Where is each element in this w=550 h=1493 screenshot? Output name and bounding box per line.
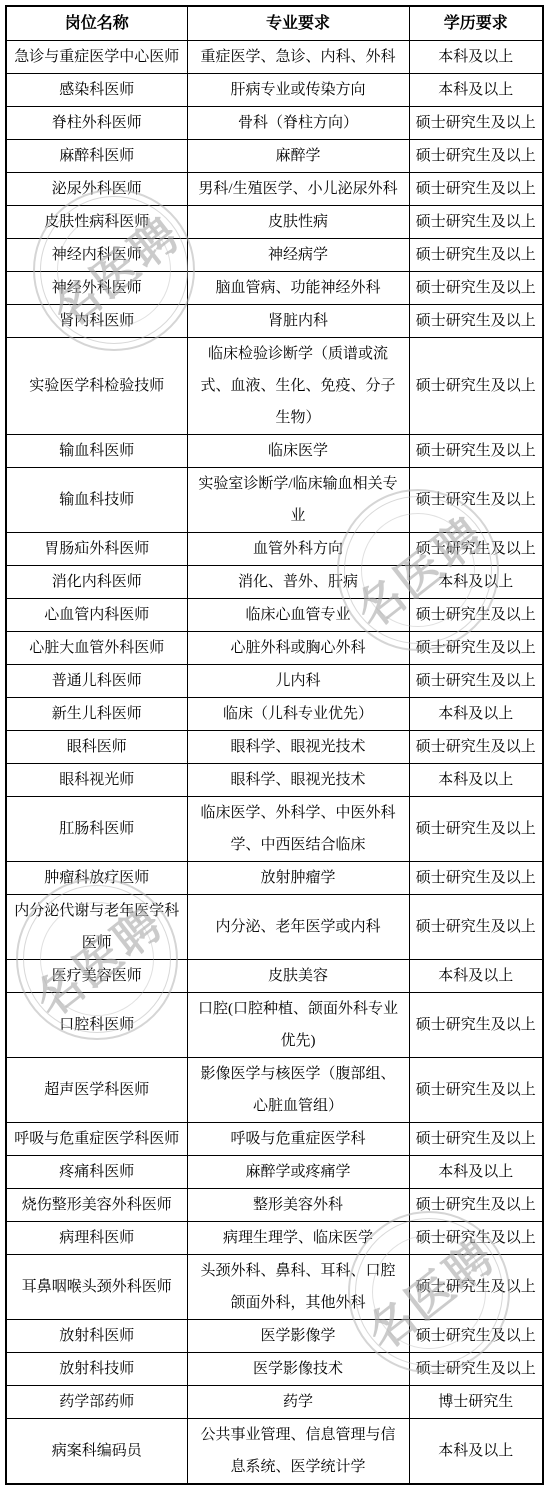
position-name-cell: 医疗美容医师 bbox=[6, 960, 187, 993]
degree-requirement-cell: 硕士研究生及以上 bbox=[409, 731, 543, 764]
header-row: 岗位名称 专业要求 学历要求 bbox=[6, 6, 543, 41]
position-name-cell: 输血科技师 bbox=[6, 468, 187, 533]
major-requirement-cell: 呼吸与危重症医学科 bbox=[187, 1123, 409, 1156]
col-header-position-name: 岗位名称 bbox=[6, 6, 187, 41]
degree-requirement-cell: 本科及以上 bbox=[409, 1419, 543, 1485]
major-requirement-cell: 血管外科方向 bbox=[187, 533, 409, 566]
position-name-cell: 药学部药师 bbox=[6, 1386, 187, 1419]
major-requirement-cell: 神经病学 bbox=[187, 239, 409, 272]
degree-requirement-cell: 硕士研究生及以上 bbox=[409, 862, 543, 895]
major-requirement-cell: 放射肿瘤学 bbox=[187, 862, 409, 895]
degree-requirement-cell: 本科及以上 bbox=[409, 74, 543, 107]
degree-requirement-cell: 硕士研究生及以上 bbox=[409, 1320, 543, 1353]
table-row: 医疗美容医师皮肤美容本科及以上 bbox=[6, 960, 543, 993]
table-row: 急诊与重症医学中心医师重症医学、急诊、内科、外科本科及以上 bbox=[6, 41, 543, 74]
position-name-cell: 病理科医师 bbox=[6, 1222, 187, 1255]
position-name-cell: 新生儿科医师 bbox=[6, 698, 187, 731]
degree-requirement-cell: 硕士研究生及以上 bbox=[409, 107, 543, 140]
col-header-degree-requirement: 学历要求 bbox=[409, 6, 543, 41]
degree-requirement-cell: 硕士研究生及以上 bbox=[409, 140, 543, 173]
position-name-cell: 呼吸与危重症医学科医师 bbox=[6, 1123, 187, 1156]
degree-requirement-cell: 硕士研究生及以上 bbox=[409, 305, 543, 338]
position-name-cell: 放射科医师 bbox=[6, 1320, 187, 1353]
table-row: 神经外科医师脑血管病、功能神经外科硕士研究生及以上 bbox=[6, 272, 543, 305]
table-row: 疼痛科医师麻醉学或疼痛学本科及以上 bbox=[6, 1156, 543, 1189]
major-requirement-cell: 皮肤性病 bbox=[187, 206, 409, 239]
table-row: 胃肠疝外科医师血管外科方向硕士研究生及以上 bbox=[6, 533, 543, 566]
position-name-cell: 皮肤性病科医师 bbox=[6, 206, 187, 239]
table-row: 肿瘤科放疗医师放射肿瘤学硕士研究生及以上 bbox=[6, 862, 543, 895]
position-name-cell: 普通儿科医师 bbox=[6, 665, 187, 698]
major-requirement-cell: 临床心血管专业 bbox=[187, 599, 409, 632]
table-row: 泌尿外科医师男科/生殖医学、小儿泌尿外科硕士研究生及以上 bbox=[6, 173, 543, 206]
major-requirement-cell: 男科/生殖医学、小儿泌尿外科 bbox=[187, 173, 409, 206]
position-name-cell: 心脏大血管外科医师 bbox=[6, 632, 187, 665]
table-row: 消化内科医师消化、普外、肝病本科及以上 bbox=[6, 566, 543, 599]
major-requirement-cell: 麻醉学或疼痛学 bbox=[187, 1156, 409, 1189]
position-name-cell: 内分泌代谢与老年医学科医师 bbox=[6, 895, 187, 960]
major-requirement-cell: 医学影像技术 bbox=[187, 1353, 409, 1386]
major-requirement-cell: 儿内科 bbox=[187, 665, 409, 698]
major-requirement-cell: 内分泌、老年医学或内科 bbox=[187, 895, 409, 960]
degree-requirement-cell: 本科及以上 bbox=[409, 1156, 543, 1189]
position-name-cell: 肾内科医师 bbox=[6, 305, 187, 338]
degree-requirement-cell: 硕士研究生及以上 bbox=[409, 1222, 543, 1255]
position-name-cell: 急诊与重症医学中心医师 bbox=[6, 41, 187, 74]
table-row: 神经内科医师神经病学硕士研究生及以上 bbox=[6, 239, 543, 272]
position-name-cell: 麻醉科医师 bbox=[6, 140, 187, 173]
table-row: 放射科技师医学影像技术硕士研究生及以上 bbox=[6, 1353, 543, 1386]
table-row: 呼吸与危重症医学科医师呼吸与危重症医学科硕士研究生及以上 bbox=[6, 1123, 543, 1156]
table-row: 麻醉科医师麻醉学硕士研究生及以上 bbox=[6, 140, 543, 173]
degree-requirement-cell: 硕士研究生及以上 bbox=[409, 1255, 543, 1320]
table-row: 放射科医师医学影像学硕士研究生及以上 bbox=[6, 1320, 543, 1353]
position-name-cell: 口腔科医师 bbox=[6, 993, 187, 1058]
col-header-major-requirement: 专业要求 bbox=[187, 6, 409, 41]
degree-requirement-cell: 硕士研究生及以上 bbox=[409, 435, 543, 468]
major-requirement-cell: 临床（儿科专业优先） bbox=[187, 698, 409, 731]
position-name-cell: 输血科医师 bbox=[6, 435, 187, 468]
major-requirement-cell: 眼科学、眼视光技术 bbox=[187, 731, 409, 764]
major-requirement-cell: 整形美容外科 bbox=[187, 1189, 409, 1222]
position-name-cell: 超声医学科医师 bbox=[6, 1058, 187, 1123]
table-row: 脊柱外科医师骨科（脊柱方向）硕士研究生及以上 bbox=[6, 107, 543, 140]
table-row: 烧伤整形美容外科医师整形美容外科硕士研究生及以上 bbox=[6, 1189, 543, 1222]
position-name-cell: 肿瘤科放疗医师 bbox=[6, 862, 187, 895]
position-name-cell: 泌尿外科医师 bbox=[6, 173, 187, 206]
degree-requirement-cell: 硕士研究生及以上 bbox=[409, 1353, 543, 1386]
table-row: 输血科技师实验室诊断学/临床输血相关专业硕士研究生及以上 bbox=[6, 468, 543, 533]
major-requirement-cell: 临床医学、外科学、中医外科学、中西医结合临床 bbox=[187, 797, 409, 862]
degree-requirement-cell: 硕士研究生及以上 bbox=[409, 1123, 543, 1156]
major-requirement-cell: 皮肤美容 bbox=[187, 960, 409, 993]
table-row: 肾内科医师肾脏内科硕士研究生及以上 bbox=[6, 305, 543, 338]
position-name-cell: 眼科视光师 bbox=[6, 764, 187, 797]
table-row: 肛肠科医师临床医学、外科学、中医外科学、中西医结合临床硕士研究生及以上 bbox=[6, 797, 543, 862]
major-requirement-cell: 病理生理学、临床医学 bbox=[187, 1222, 409, 1255]
degree-requirement-cell: 硕士研究生及以上 bbox=[409, 993, 543, 1058]
position-name-cell: 病案科编码员 bbox=[6, 1419, 187, 1485]
degree-requirement-cell: 博士研究生 bbox=[409, 1386, 543, 1419]
major-requirement-cell: 影像医学与核医学（腹部组、心脏血管组） bbox=[187, 1058, 409, 1123]
degree-requirement-cell: 硕士研究生及以上 bbox=[409, 797, 543, 862]
position-name-cell: 放射科技师 bbox=[6, 1353, 187, 1386]
degree-requirement-cell: 本科及以上 bbox=[409, 41, 543, 74]
major-requirement-cell: 临床医学 bbox=[187, 435, 409, 468]
position-name-cell: 耳鼻咽喉头颈外科医师 bbox=[6, 1255, 187, 1320]
position-name-cell: 心血管内科医师 bbox=[6, 599, 187, 632]
table-row: 内分泌代谢与老年医学科医师内分泌、老年医学或内科硕士研究生及以上 bbox=[6, 895, 543, 960]
degree-requirement-cell: 本科及以上 bbox=[409, 566, 543, 599]
position-name-cell: 实验医学科检验技师 bbox=[6, 338, 187, 435]
table-row: 眼科视光师眼科学、眼视光技术本科及以上 bbox=[6, 764, 543, 797]
degree-requirement-cell: 硕士研究生及以上 bbox=[409, 533, 543, 566]
position-name-cell: 消化内科医师 bbox=[6, 566, 187, 599]
major-requirement-cell: 骨科（脊柱方向） bbox=[187, 107, 409, 140]
position-name-cell: 感染科医师 bbox=[6, 74, 187, 107]
position-name-cell: 脊柱外科医师 bbox=[6, 107, 187, 140]
degree-requirement-cell: 硕士研究生及以上 bbox=[409, 338, 543, 435]
major-requirement-cell: 肾脏内科 bbox=[187, 305, 409, 338]
major-requirement-cell: 脑血管病、功能神经外科 bbox=[187, 272, 409, 305]
table-row: 输血科医师临床医学硕士研究生及以上 bbox=[6, 435, 543, 468]
table-row: 心脏大血管外科医师心脏外科或胸心外科硕士研究生及以上 bbox=[6, 632, 543, 665]
major-requirement-cell: 公共事业管理、信息管理与信息系统、医学统计学 bbox=[187, 1419, 409, 1485]
major-requirement-cell: 医学影像学 bbox=[187, 1320, 409, 1353]
position-name-cell: 烧伤整形美容外科医师 bbox=[6, 1189, 187, 1222]
major-requirement-cell: 肝病专业或传染方向 bbox=[187, 74, 409, 107]
table-row: 普通儿科医师儿内科硕士研究生及以上 bbox=[6, 665, 543, 698]
table-row: 皮肤性病科医师皮肤性病硕士研究生及以上 bbox=[6, 206, 543, 239]
major-requirement-cell: 药学 bbox=[187, 1386, 409, 1419]
degree-requirement-cell: 硕士研究生及以上 bbox=[409, 272, 543, 305]
degree-requirement-cell: 本科及以上 bbox=[409, 960, 543, 993]
table-row: 口腔科医师口腔(口腔种植、颌面外科专业优先)硕士研究生及以上 bbox=[6, 993, 543, 1058]
degree-requirement-cell: 硕士研究生及以上 bbox=[409, 632, 543, 665]
major-requirement-cell: 眼科学、眼视光技术 bbox=[187, 764, 409, 797]
table-row: 心血管内科医师临床心血管专业硕士研究生及以上 bbox=[6, 599, 543, 632]
positions-table: 岗位名称 专业要求 学历要求 急诊与重症医学中心医师重症医学、急诊、内科、外科本… bbox=[5, 5, 544, 1485]
table-row: 感染科医师肝病专业或传染方向本科及以上 bbox=[6, 74, 543, 107]
degree-requirement-cell: 硕士研究生及以上 bbox=[409, 468, 543, 533]
major-requirement-cell: 心脏外科或胸心外科 bbox=[187, 632, 409, 665]
position-name-cell: 神经外科医师 bbox=[6, 272, 187, 305]
position-name-cell: 疼痛科医师 bbox=[6, 1156, 187, 1189]
degree-requirement-cell: 硕士研究生及以上 bbox=[409, 1058, 543, 1123]
degree-requirement-cell: 硕士研究生及以上 bbox=[409, 665, 543, 698]
degree-requirement-cell: 本科及以上 bbox=[409, 698, 543, 731]
position-name-cell: 神经内科医师 bbox=[6, 239, 187, 272]
table-row: 病理科医师病理生理学、临床医学硕士研究生及以上 bbox=[6, 1222, 543, 1255]
degree-requirement-cell: 硕士研究生及以上 bbox=[409, 206, 543, 239]
table-row: 耳鼻咽喉头颈外科医师头颈外科、鼻科、耳科、口腔颌面外科，其他外科硕士研究生及以上 bbox=[6, 1255, 543, 1320]
degree-requirement-cell: 硕士研究生及以上 bbox=[409, 1189, 543, 1222]
major-requirement-cell: 消化、普外、肝病 bbox=[187, 566, 409, 599]
degree-requirement-cell: 硕士研究生及以上 bbox=[409, 173, 543, 206]
position-name-cell: 胃肠疝外科医师 bbox=[6, 533, 187, 566]
table-row: 药学部药师药学博士研究生 bbox=[6, 1386, 543, 1419]
major-requirement-cell: 头颈外科、鼻科、耳科、口腔颌面外科，其他外科 bbox=[187, 1255, 409, 1320]
position-name-cell: 肛肠科医师 bbox=[6, 797, 187, 862]
degree-requirement-cell: 硕士研究生及以上 bbox=[409, 895, 543, 960]
table-row: 眼科医师眼科学、眼视光技术硕士研究生及以上 bbox=[6, 731, 543, 764]
major-requirement-cell: 麻醉学 bbox=[187, 140, 409, 173]
major-requirement-cell: 口腔(口腔种植、颌面外科专业优先) bbox=[187, 993, 409, 1058]
table-row: 病案科编码员公共事业管理、信息管理与信息系统、医学统计学本科及以上 bbox=[6, 1419, 543, 1485]
position-name-cell: 眼科医师 bbox=[6, 731, 187, 764]
degree-requirement-cell: 本科及以上 bbox=[409, 764, 543, 797]
degree-requirement-cell: 硕士研究生及以上 bbox=[409, 239, 543, 272]
table-row: 超声医学科医师影像医学与核医学（腹部组、心脏血管组）硕士研究生及以上 bbox=[6, 1058, 543, 1123]
table-row: 新生儿科医师临床（儿科专业优先）本科及以上 bbox=[6, 698, 543, 731]
table-row: 实验医学科检验技师临床检验诊断学（质谱或流式、血液、生化、免疫、分子生物）硕士研… bbox=[6, 338, 543, 435]
major-requirement-cell: 实验室诊断学/临床输血相关专业 bbox=[187, 468, 409, 533]
major-requirement-cell: 临床检验诊断学（质谱或流式、血液、生化、免疫、分子生物） bbox=[187, 338, 409, 435]
major-requirement-cell: 重症医学、急诊、内科、外科 bbox=[187, 41, 409, 74]
recruitment-document: 岗位名称 专业要求 学历要求 急诊与重症医学中心医师重症医学、急诊、内科、外科本… bbox=[0, 0, 550, 1493]
degree-requirement-cell: 硕士研究生及以上 bbox=[409, 599, 543, 632]
